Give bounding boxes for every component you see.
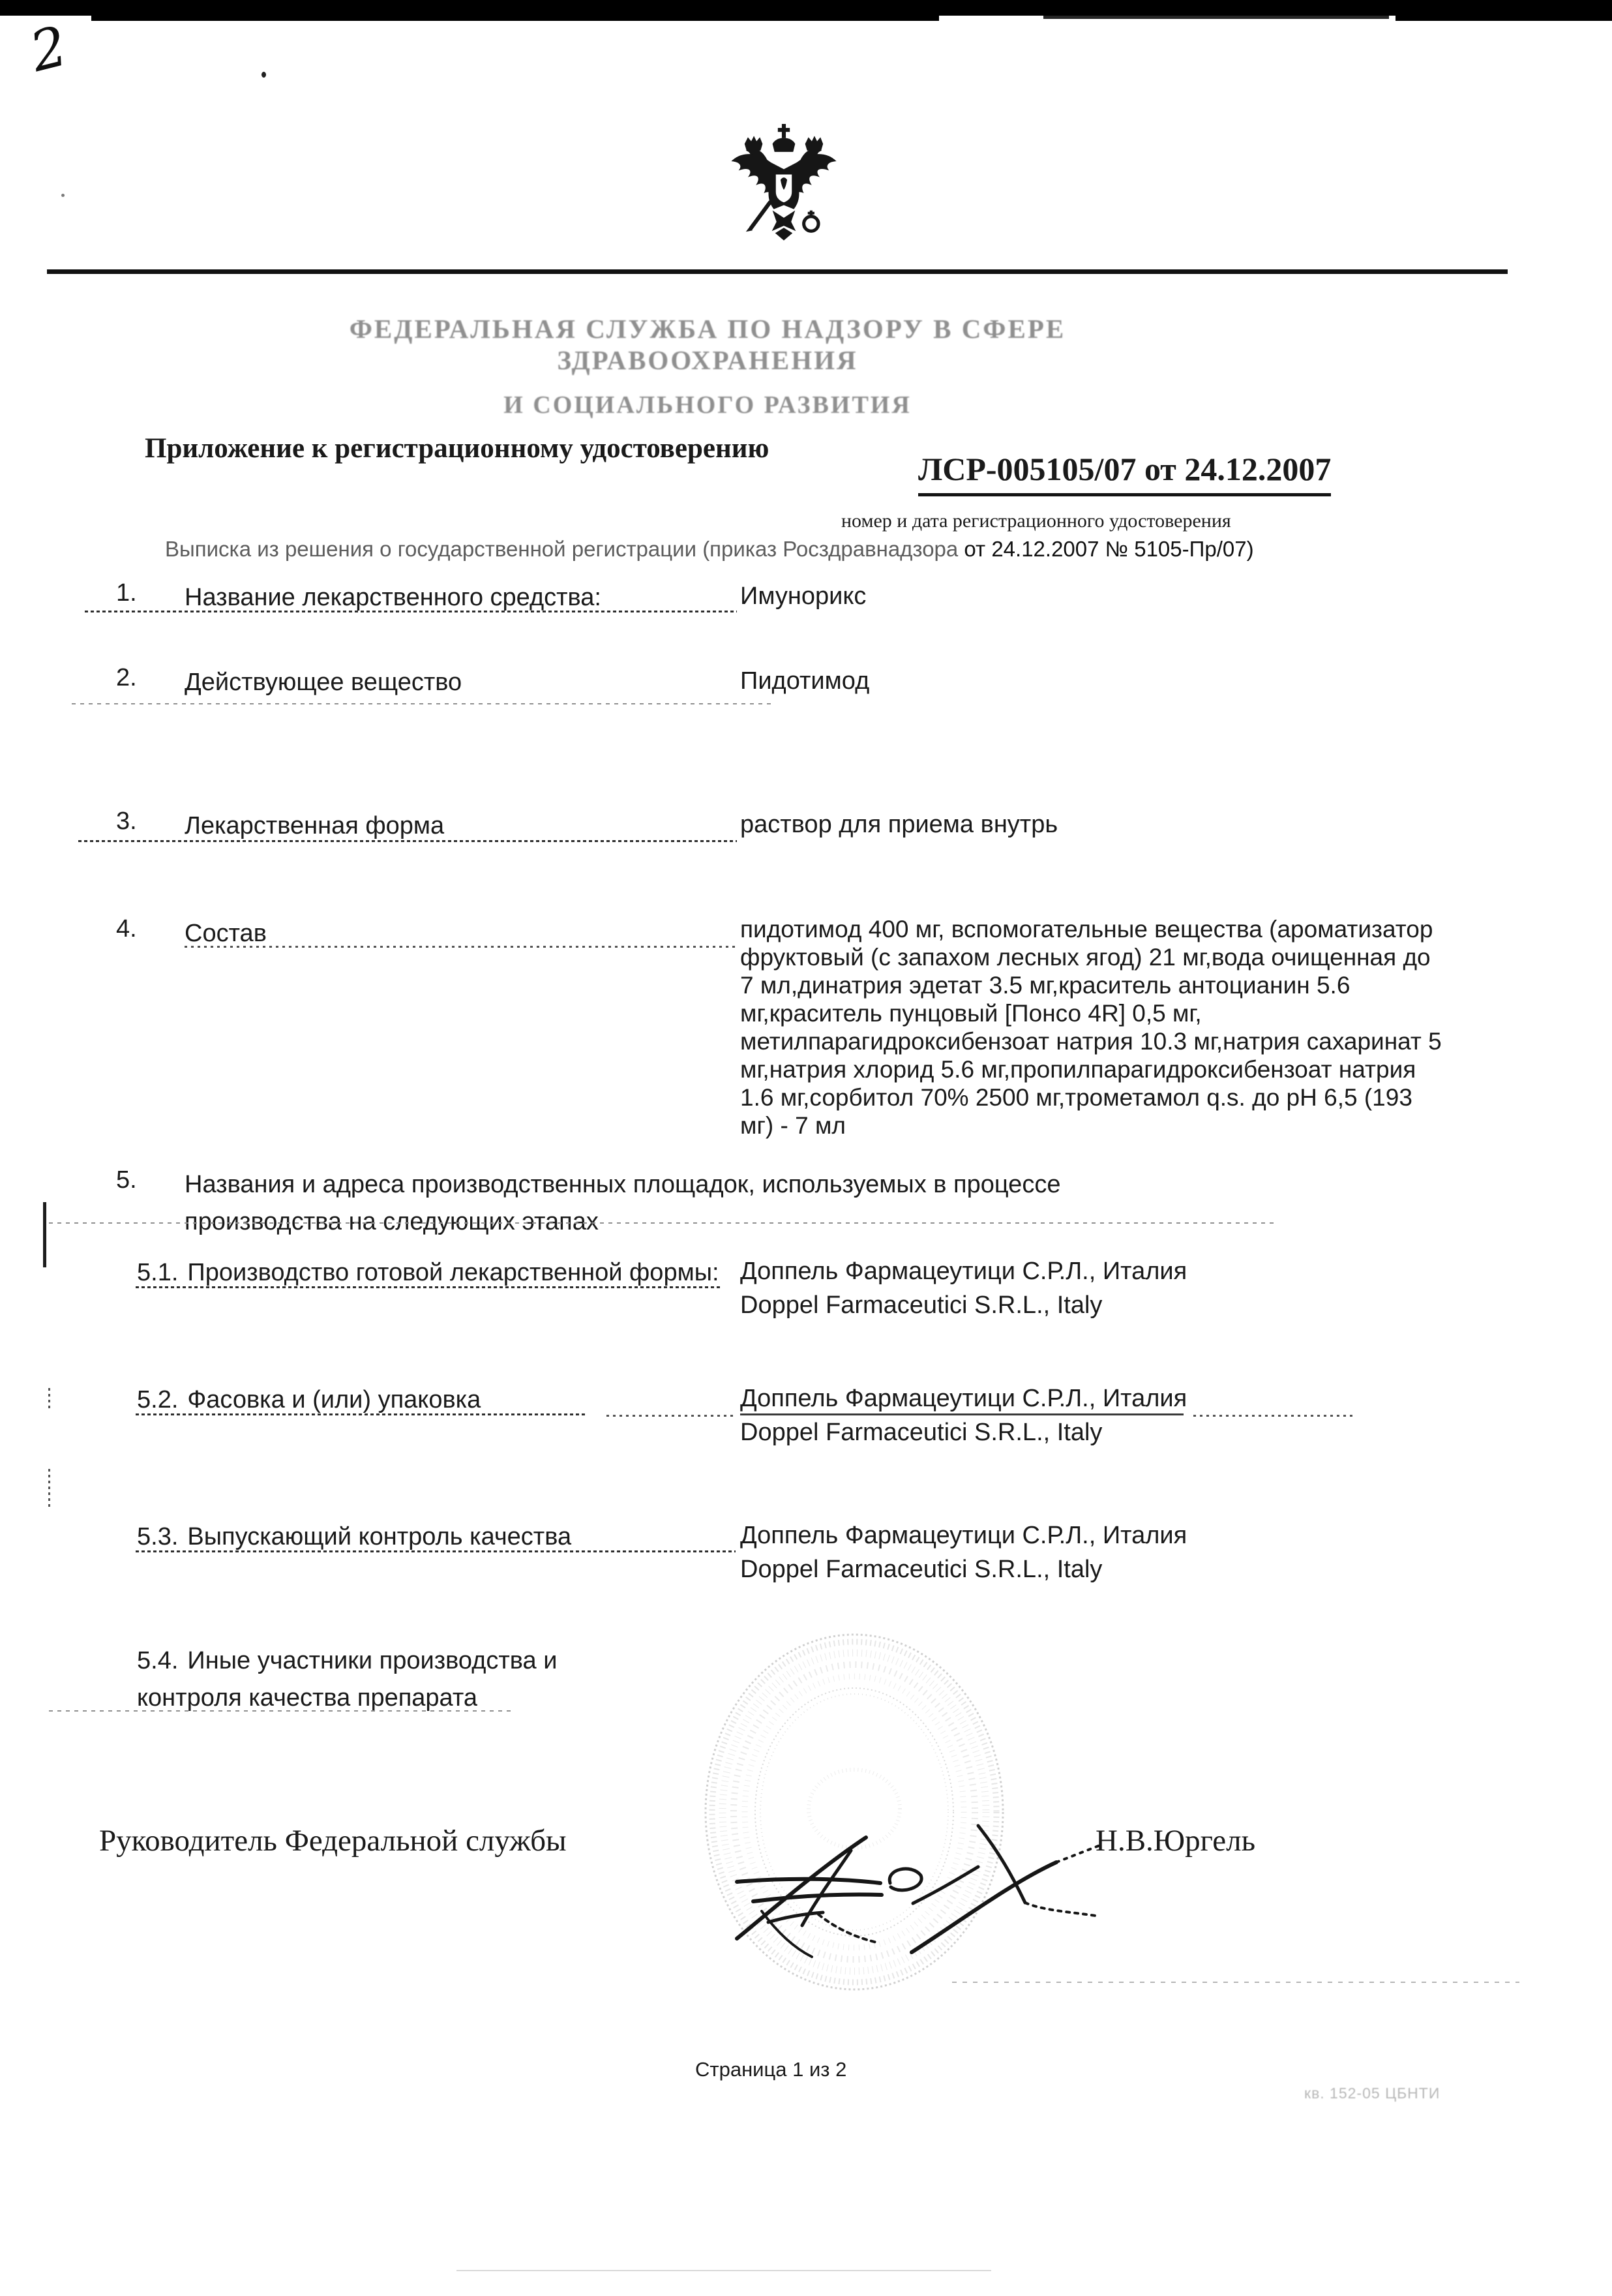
extract-prefix: Выписка из решения о государственной рег… <box>165 537 958 561</box>
dotted-underline <box>185 946 736 948</box>
dotted-underline <box>136 1550 736 1552</box>
subitem-value: Доппель Фармацеутици С.Р.Л., Италия Dopp… <box>740 1518 1187 1586</box>
dotted-underline <box>72 703 773 704</box>
manufacturer-ru: Доппель Фармацеутици С.Р.Л., Италия <box>740 1254 1187 1288</box>
ink-speck <box>61 194 65 197</box>
subitem-label: Производство готовой лекарственной формы… <box>187 1259 719 1286</box>
item-label-dosage-form: Лекарственная форма <box>185 808 444 845</box>
scan-edge-artifact <box>0 0 1612 16</box>
scan-margin-line <box>48 1388 50 1409</box>
ink-speck <box>261 72 266 78</box>
dotted-underline <box>85 611 737 612</box>
scanned-document-page: 2 ФЕДЕРАЛЬНАЯ СЛУЖБА ПО НАДЗОРУ В СФЕРЕ … <box>0 0 1612 2296</box>
extract-suffix: от 24.12.2007 № 5105-Пр/07) <box>958 537 1253 561</box>
signer-title: Руководитель Федеральной службы <box>99 1823 567 1858</box>
handwritten-page-number: 2 <box>24 14 74 84</box>
scan-edge-artifact-fragment <box>1043 16 1389 19</box>
dotted-underline <box>1193 1415 1356 1417</box>
manufacturer-en: Doppel Farmaceutici S.R.L., Italy <box>740 1415 1187 1449</box>
manufacturer-en: Doppel Farmaceutici S.R.L., Italy <box>740 1552 1187 1586</box>
dotted-underline <box>606 1415 737 1417</box>
item-value-active-substance: Пидотимод <box>740 664 869 698</box>
subitem-label: Иные участники производства и контроля к… <box>137 1647 557 1712</box>
scan-edge-artifact-fragment <box>1396 14 1612 21</box>
header-divider-rule <box>47 269 1508 274</box>
scan-edge-artifact-fragment <box>91 16 939 21</box>
agency-name-line1: ФЕДЕРАЛЬНАЯ СЛУЖБА ПО НАДЗОРУ В СФЕРЕ ЗД… <box>251 313 1164 376</box>
dashed-divider <box>49 1222 1278 1224</box>
registration-number-caption: номер и дата регистрационного удостовере… <box>841 510 1231 532</box>
dotted-underline <box>49 1710 512 1712</box>
agency-letterhead: ФЕДЕРАЛЬНАЯ СЛУЖБА ПО НАДЗОРУ В СФЕРЕ ЗД… <box>251 313 1164 420</box>
page-indicator: Страница 1 из 2 <box>695 2058 846 2081</box>
item-number: 1. <box>116 579 137 607</box>
subitem-number: 5.3. <box>137 1523 178 1550</box>
subitem-value: Доппель Фармацеутици С.Р.Л., Италия Dopp… <box>740 1382 1187 1449</box>
subitem-number: 5.4. <box>137 1647 178 1674</box>
scan-bottom-artifact <box>456 2270 991 2271</box>
manufacturer-ru: Доппель Фармацеутици С.Р.Л., Италия <box>740 1382 1187 1415</box>
value-underline <box>740 1413 1184 1415</box>
coat-of-arms-eagle-icon <box>725 124 843 254</box>
dotted-underline <box>136 1413 586 1415</box>
item-value-dosage-form: раствор для приема внутрь <box>740 808 1058 841</box>
print-form-code: кв. 152-05 ЦБНТИ <box>1304 2085 1440 2102</box>
item-value-composition: пидотимод 400 мг, вспомогательные вещест… <box>740 915 1448 1140</box>
dashed-scan-line <box>952 1982 1519 1983</box>
extract-line: Выписка из решения о государственной рег… <box>165 537 1254 562</box>
item-number: 4. <box>116 915 137 943</box>
item-number: 5. <box>116 1166 137 1194</box>
item-label-active-substance: Действующее вещество <box>185 664 462 701</box>
signer-name: Н.В.Юргель <box>1096 1823 1255 1858</box>
subitem-other-participants: 5.4.Иные участники производства и контро… <box>137 1642 593 1717</box>
subitem-value: Доппель Фармацеутици С.Р.Л., Италия Dopp… <box>740 1254 1187 1322</box>
subitem-label: Выпускающий контроль качества <box>187 1523 571 1550</box>
item-label-manufacturing-sites: Названия и адреса производственных площа… <box>185 1166 1117 1241</box>
item-number: 2. <box>116 664 137 692</box>
subitem-label: Фасовка и (или) упаковка <box>187 1386 481 1413</box>
registration-number: ЛСР-005105/07 от 24.12.2007 <box>918 450 1331 496</box>
dotted-underline <box>78 840 737 842</box>
agency-name-line2: И СОЦИАЛЬНОГО РАЗВИТИЯ <box>251 390 1164 420</box>
item-value-drug-name: Имунорикс <box>740 579 866 613</box>
subitem-number: 5.1. <box>137 1259 178 1286</box>
appendix-title: Приложение к регистрационному удостовере… <box>145 432 769 464</box>
scan-margin-line <box>48 1469 50 1509</box>
scan-margin-line <box>43 1202 46 1267</box>
dotted-underline <box>136 1286 723 1288</box>
handwritten-signature <box>685 1755 1141 1970</box>
subitem-number: 5.2. <box>137 1386 178 1413</box>
manufacturer-en: Doppel Farmaceutici S.R.L., Italy <box>740 1288 1187 1322</box>
manufacturer-ru: Доппель Фармацеутици С.Р.Л., Италия <box>740 1518 1187 1552</box>
item-number: 3. <box>116 808 137 836</box>
